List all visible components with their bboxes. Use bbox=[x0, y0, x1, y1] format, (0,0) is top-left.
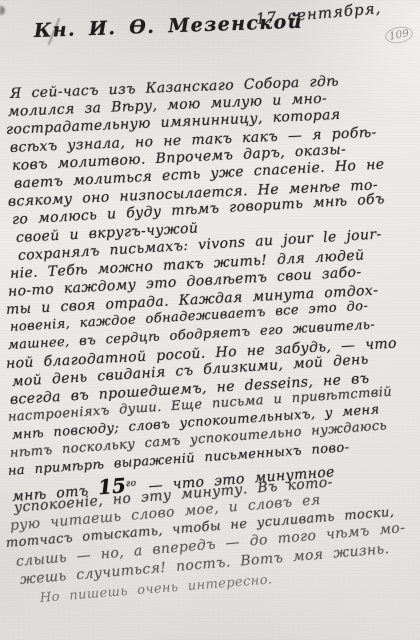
page-number-annotation: 109 bbox=[384, 25, 414, 46]
letter-body: Кн. И. Ѳ. Мезенской 17 сентября, 109 Я с… bbox=[0, 0, 420, 640]
emphasized-number-suffix: го bbox=[125, 479, 137, 490]
date-annotation: 17 сентября, bbox=[255, 0, 382, 28]
manuscript-photo: Кн. И. Ѳ. Мезенской 17 сентября, 109 Я с… bbox=[0, 0, 420, 640]
